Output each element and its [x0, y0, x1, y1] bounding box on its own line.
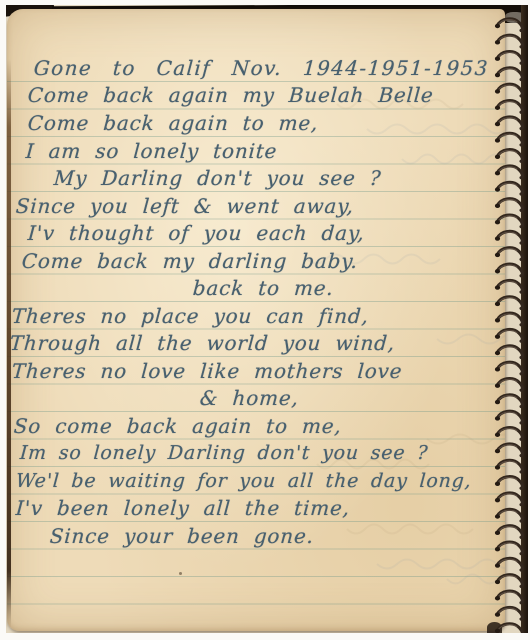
handwritten-line-17: I'v been lonely all the time, — [15, 495, 351, 521]
handwritten-line-5: My Darling don't you see ? — [53, 165, 382, 191]
handwritten-line-4: I am so lonely tonite — [25, 138, 278, 164]
photo: Gone to Calif Nov. 1944-1951-1953 Come b… — [6, 5, 528, 633]
handwritten-line-8: Come back my darling baby. — [21, 248, 359, 274]
handwritten-line-13: & home, — [199, 385, 300, 411]
handwritten-line-15: Im so lonely Darling don't you see ? — [19, 440, 429, 466]
photo-frame: Gone to Calif Nov. 1944-1951-1953 Come b… — [0, 0, 530, 640]
handwritten-line-18: Since your been gone. — [49, 523, 315, 549]
handwritten-line-1: Gone to Calif Nov. 1944-1951-1953 — [33, 55, 490, 81]
handwritten-line-12: Theres no love like mothers love — [11, 358, 403, 384]
notebook-page: Gone to Calif Nov. 1944-1951-1953 Come b… — [7, 9, 505, 631]
spiral-binding — [492, 5, 528, 633]
handwritten-line-6: Since you left & went away, — [15, 193, 355, 219]
handwritten-line-3: Come back again to me, — [27, 110, 319, 136]
paper-speck — [179, 572, 182, 575]
handwritten-line-7: I'v thought of you each day, — [27, 220, 366, 246]
handwritten-line-10: Theres no place you can find, — [11, 303, 370, 329]
handwritten-line-16: We'l be waiting for you all the day long… — [15, 468, 472, 494]
handwritten-line-2: Come back again my Buelah Belle — [27, 82, 435, 108]
handwritten-line-11: Through all the world you wind, — [9, 330, 396, 356]
handwritten-line-14: So come back again to me, — [13, 413, 343, 439]
handwritten-line-9: back to me. — [192, 275, 335, 301]
